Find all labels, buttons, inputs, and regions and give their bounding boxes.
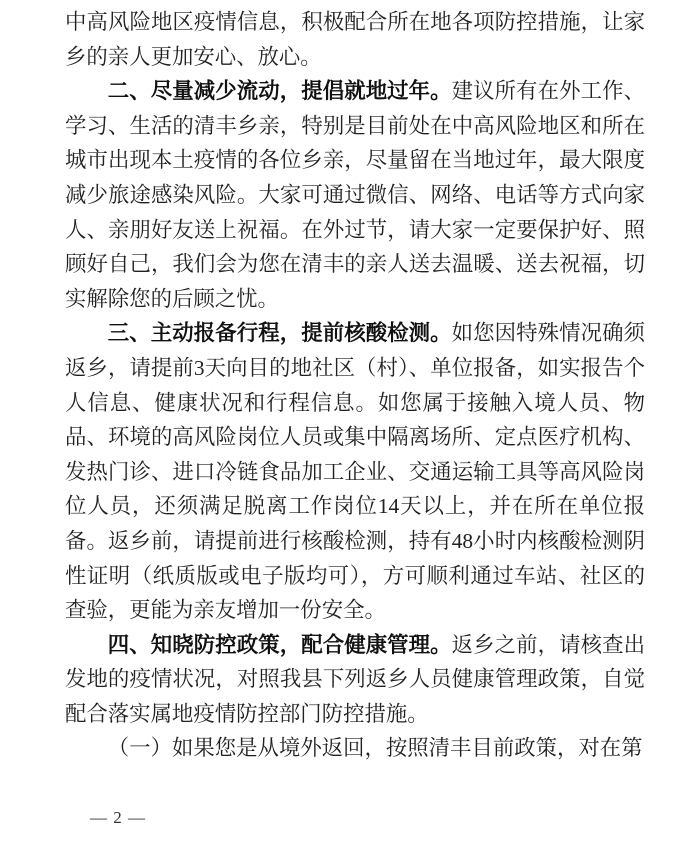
paragraph-text: （一）如果您是从境外返回，按照清丰目前政策，对在第 bbox=[108, 736, 643, 760]
paragraph-heading: 二、尽量减少流动，提倡就地过年。 bbox=[108, 79, 452, 103]
paragraph: 中高风险地区疫情信息，积极配合所在地各项防控措施，让家乡的亲人更加安心、放心。 bbox=[65, 5, 645, 74]
paragraph-text: 建议所有在外工作、学习、生活的清丰乡亲，特别是目前处在中高风险地区和所在城市出现… bbox=[65, 79, 645, 311]
paragraph: 四、知晓防控政策，配合健康管理。返乡之前，请核查出发地的疫情状况，对照我县下列返… bbox=[65, 628, 645, 732]
paragraph-text: 中高风险地区疫情信息，积极配合所在地各项防控措施，让家乡的亲人更加安心、放心。 bbox=[65, 10, 645, 69]
paragraph-heading: 三、主动报备行程，提前核酸检测。 bbox=[108, 321, 452, 345]
document-page: 中高风险地区疫情信息，积极配合所在地各项防控措施，让家乡的亲人更加安心、放心。二… bbox=[0, 0, 700, 843]
page-number: — 2 — bbox=[90, 808, 146, 828]
paragraph: 三、主动报备行程，提前核酸检测。如您因特殊情况确须返乡，请提前3天向目的地社区（… bbox=[65, 316, 645, 627]
paragraph: 二、尽量减少流动，提倡就地过年。建议所有在外工作、学习、生活的清丰乡亲，特别是目… bbox=[65, 74, 645, 316]
paragraph-text: 如您因特殊情况确须返乡，请提前3天向目的地社区（村）、单位报备，如实报告个人信息… bbox=[65, 321, 645, 622]
paragraph-heading: 四、知晓防控政策，配合健康管理。 bbox=[108, 633, 452, 657]
paragraph: （一）如果您是从境外返回，按照清丰目前政策，对在第 bbox=[65, 731, 645, 766]
document-body: 中高风险地区疫情信息，积极配合所在地各项防控措施，让家乡的亲人更加安心、放心。二… bbox=[65, 5, 645, 766]
